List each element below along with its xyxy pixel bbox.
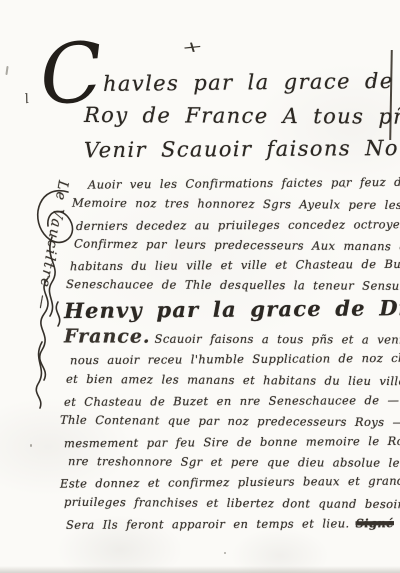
manuscript-line: mesmement par feu Sire de bonne memoire … xyxy=(64,434,400,451)
scan-speck xyxy=(224,552,226,554)
manuscript-line: habitans du lieu ville et ville et Chast… xyxy=(70,257,400,273)
manuscript-line: Roy de France A tous pñs et a xyxy=(84,103,400,129)
manuscript-line: Auoir veu les Confirmations faictes par … xyxy=(88,174,400,191)
manuscript-line: et bien amez les manans et habitans du l… xyxy=(66,372,400,388)
lead-word-france: France. xyxy=(64,325,151,347)
manuscript-line: France.Scauoir faisons a tous pñs et a v… xyxy=(64,325,400,348)
manuscript-line: nous auoir receu l'humble Supplication d… xyxy=(70,351,400,367)
manuscript-line: Este donnez et confirmez plusieurs beaux… xyxy=(60,473,400,490)
scan-speck xyxy=(30,444,32,447)
stray-ink-mark xyxy=(5,66,8,75)
manuscript-line: Thle Contenant que par noz predecesseurs… xyxy=(60,413,400,429)
manuscript-line: Memoire noz tres honnorez Sgrs Ayeulx pe… xyxy=(72,196,400,213)
top-cross-mark: + xyxy=(179,37,205,57)
left-tick-mark: l xyxy=(23,92,30,108)
scan-bottom-edge xyxy=(0,566,400,573)
manuscript-line: nre treshonnore Sgr et pere que dieu abs… xyxy=(68,454,400,470)
manuscript-last-line: Sera Ils feront apparoir en temps et lie… xyxy=(66,516,394,532)
manuscript-line: havles par la grace de Dieu xyxy=(103,68,400,96)
line-continuation: Scauoir faisons a tous pñs et a venir xyxy=(155,332,400,347)
manuscript-line: Confirmez par leurs predecesseurs Aux ma… xyxy=(74,237,400,254)
manuscript-line-henry-heading: Henvy par la grace de Dieu Roy de xyxy=(64,294,400,323)
last-line-text: Sera Ils feront apparoir en temps et lie… xyxy=(66,516,350,531)
manuscript-line: derniers decedez au priuileges concedez … xyxy=(76,217,400,233)
manuscript-line: Venir Scauoir faisons Nous xyxy=(84,136,400,162)
struck-out-word: Signé xyxy=(356,516,394,530)
manuscript-line: Seneschaucee de Thle desquelles la teneu… xyxy=(66,277,400,293)
manuscript-page: + i l C Le Vauciltre — havles par la gra… xyxy=(0,0,400,573)
manuscript-line: et Chasteau de Buzet en nre Seneschaucee… xyxy=(64,393,399,409)
manuscript-line: priuileges franchises et libertez dont q… xyxy=(64,495,400,511)
